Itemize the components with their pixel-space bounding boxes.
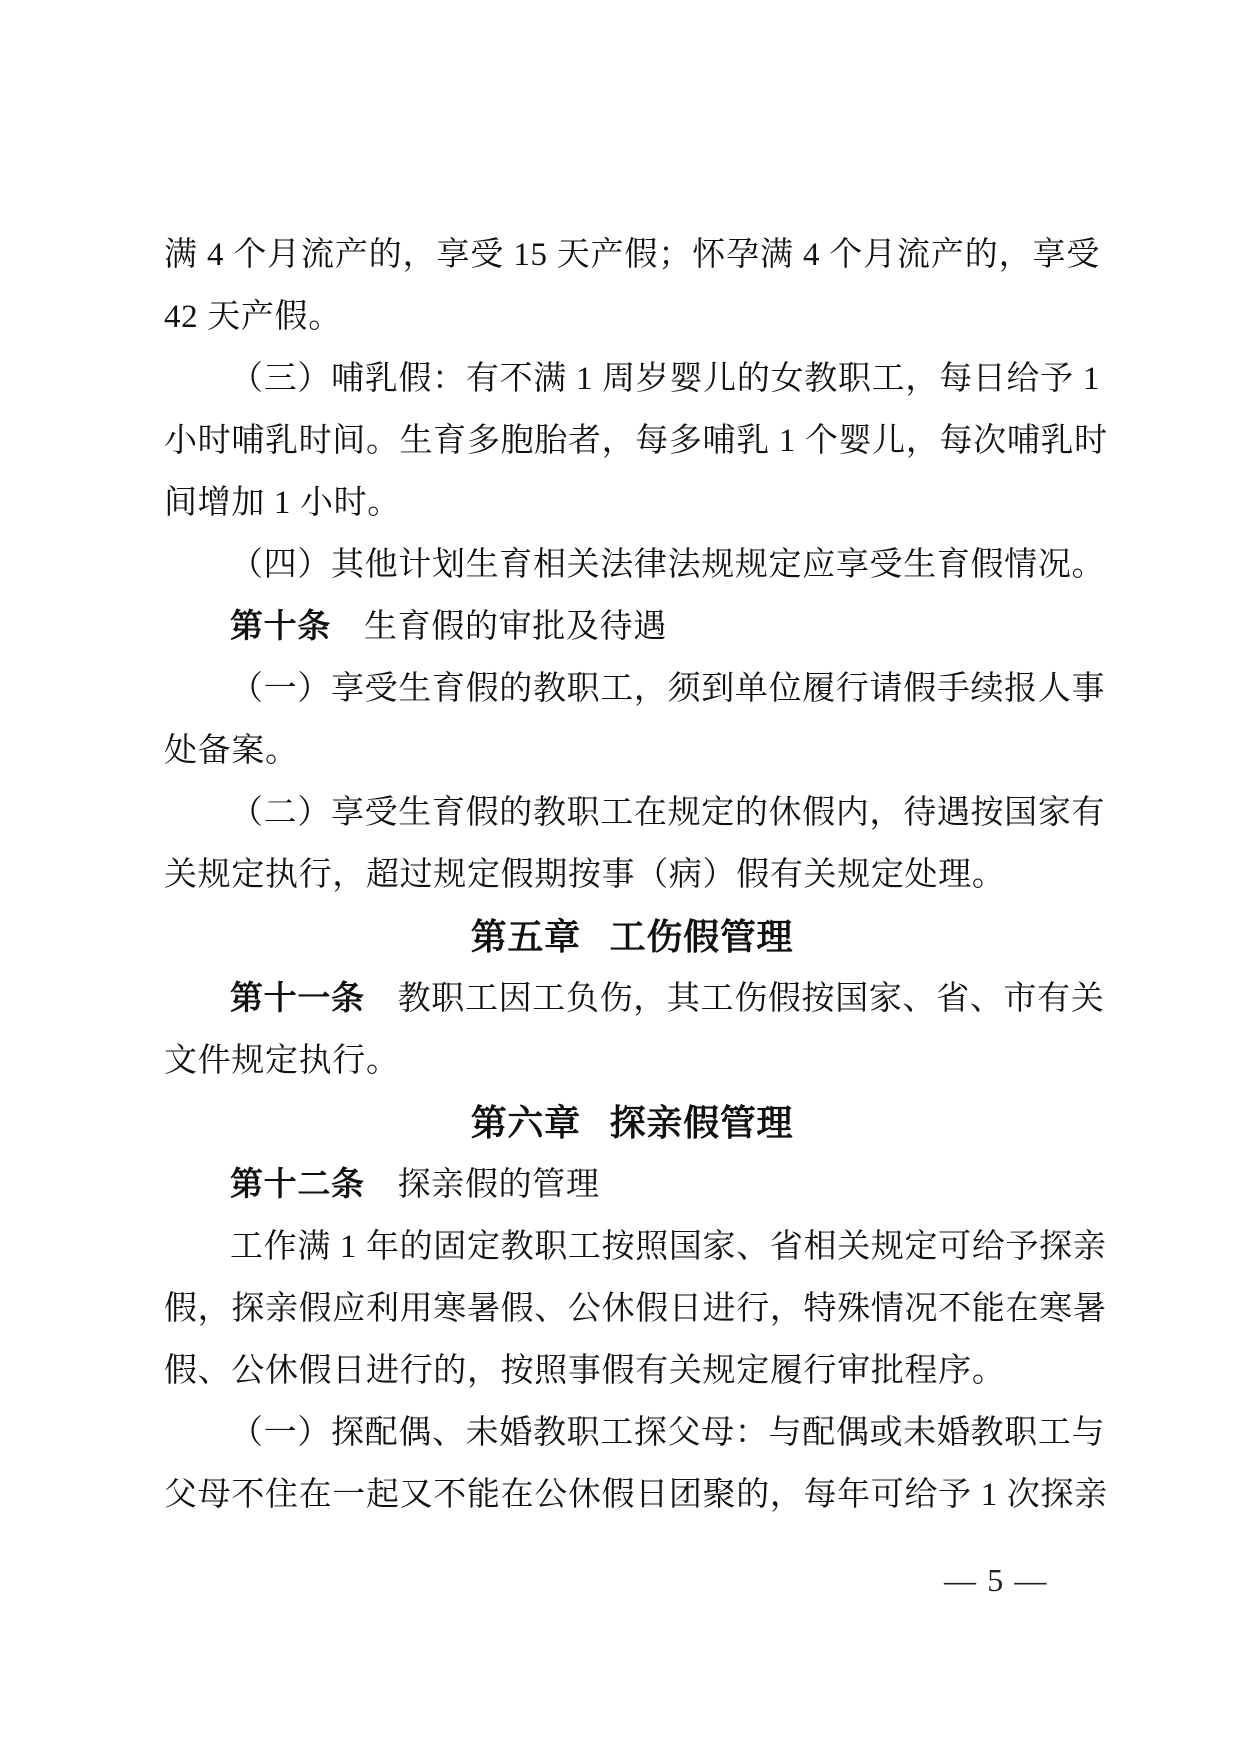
text-line: （二）享受生育假的教职工在规定的休假内，待遇按国家有 <box>164 782 1100 844</box>
text-line: 满 4 个月流产的，享受 15 天产假；怀孕满 4 个月流产的，享受 <box>164 224 1100 286</box>
chapter-heading: 第五章工伤假管理 <box>164 906 1100 968</box>
text-line: 关规定执行，超过规定假期按事（病）假有关规定处理。 <box>164 844 1100 906</box>
chapter-title: 工伤假管理 <box>610 916 794 957</box>
document-content: 满 4 个月流产的，享受 15 天产假；怀孕满 4 个月流产的，享受 42 天产… <box>164 224 1100 1526</box>
text-line: 父母不住在一起又不能在公休假日团聚的，每年可给予 1 次探亲 <box>164 1464 1100 1526</box>
text-line: 42 天产假。 <box>164 286 1100 348</box>
text-line: 间增加 1 小时。 <box>164 472 1100 534</box>
text-line: 小时哺乳时间。生育多胞胎者，每多哺乳 1 个婴儿，每次哺乳时 <box>164 410 1100 472</box>
text-line: 文件规定执行。 <box>164 1030 1100 1092</box>
chapter-number: 第六章 <box>471 1102 581 1143</box>
text-line: （三）哺乳假：有不满 1 周岁婴儿的女教职工，每日给予 1 <box>164 348 1100 410</box>
page-number: — 5 — <box>944 1556 1048 1604</box>
article-paragraph: 第十一条教职工因工负伤，其工伤假按国家、省、市有关 <box>164 968 1100 1030</box>
chapter-number: 第五章 <box>471 916 581 957</box>
article-title: 生育假的审批及待遇 <box>364 609 667 645</box>
chapter-heading: 第六章探亲假管理 <box>164 1092 1100 1154</box>
text-line: （一）探配偶、未婚教职工探父母：与配偶或未婚教职工与 <box>164 1402 1100 1464</box>
article-number: 第十二条 <box>230 1167 365 1203</box>
article-heading: 第十条生育假的审批及待遇 <box>164 596 1100 658</box>
text-line: （四）其他计划生育相关法律法规规定应享受生育假情况。 <box>164 534 1100 596</box>
document-page: 满 4 个月流产的，享受 15 天产假；怀孕满 4 个月流产的，享受 42 天产… <box>0 0 1240 1753</box>
article-number: 第十条 <box>230 609 331 645</box>
article-title: 探亲假的管理 <box>398 1167 600 1203</box>
article-heading: 第十二条探亲假的管理 <box>164 1154 1100 1216</box>
article-body-text: 教职工因工负伤，其工伤假按国家、省、市有关 <box>398 981 1105 1017</box>
text-line: （一）享受生育假的教职工，须到单位履行请假手续报人事 <box>164 658 1100 720</box>
article-number: 第十一条 <box>230 981 365 1017</box>
text-line: 处备案。 <box>164 720 1100 782</box>
text-line: 工作满 1 年的固定教职工按照国家、省相关规定可给予探亲 <box>164 1216 1100 1278</box>
text-line: 假，探亲假应利用寒暑假、公休假日进行，特殊情况不能在寒暑 <box>164 1278 1100 1340</box>
chapter-title: 探亲假管理 <box>610 1102 794 1143</box>
text-line: 假、公休假日进行的，按照事假有关规定履行审批程序。 <box>164 1340 1100 1402</box>
